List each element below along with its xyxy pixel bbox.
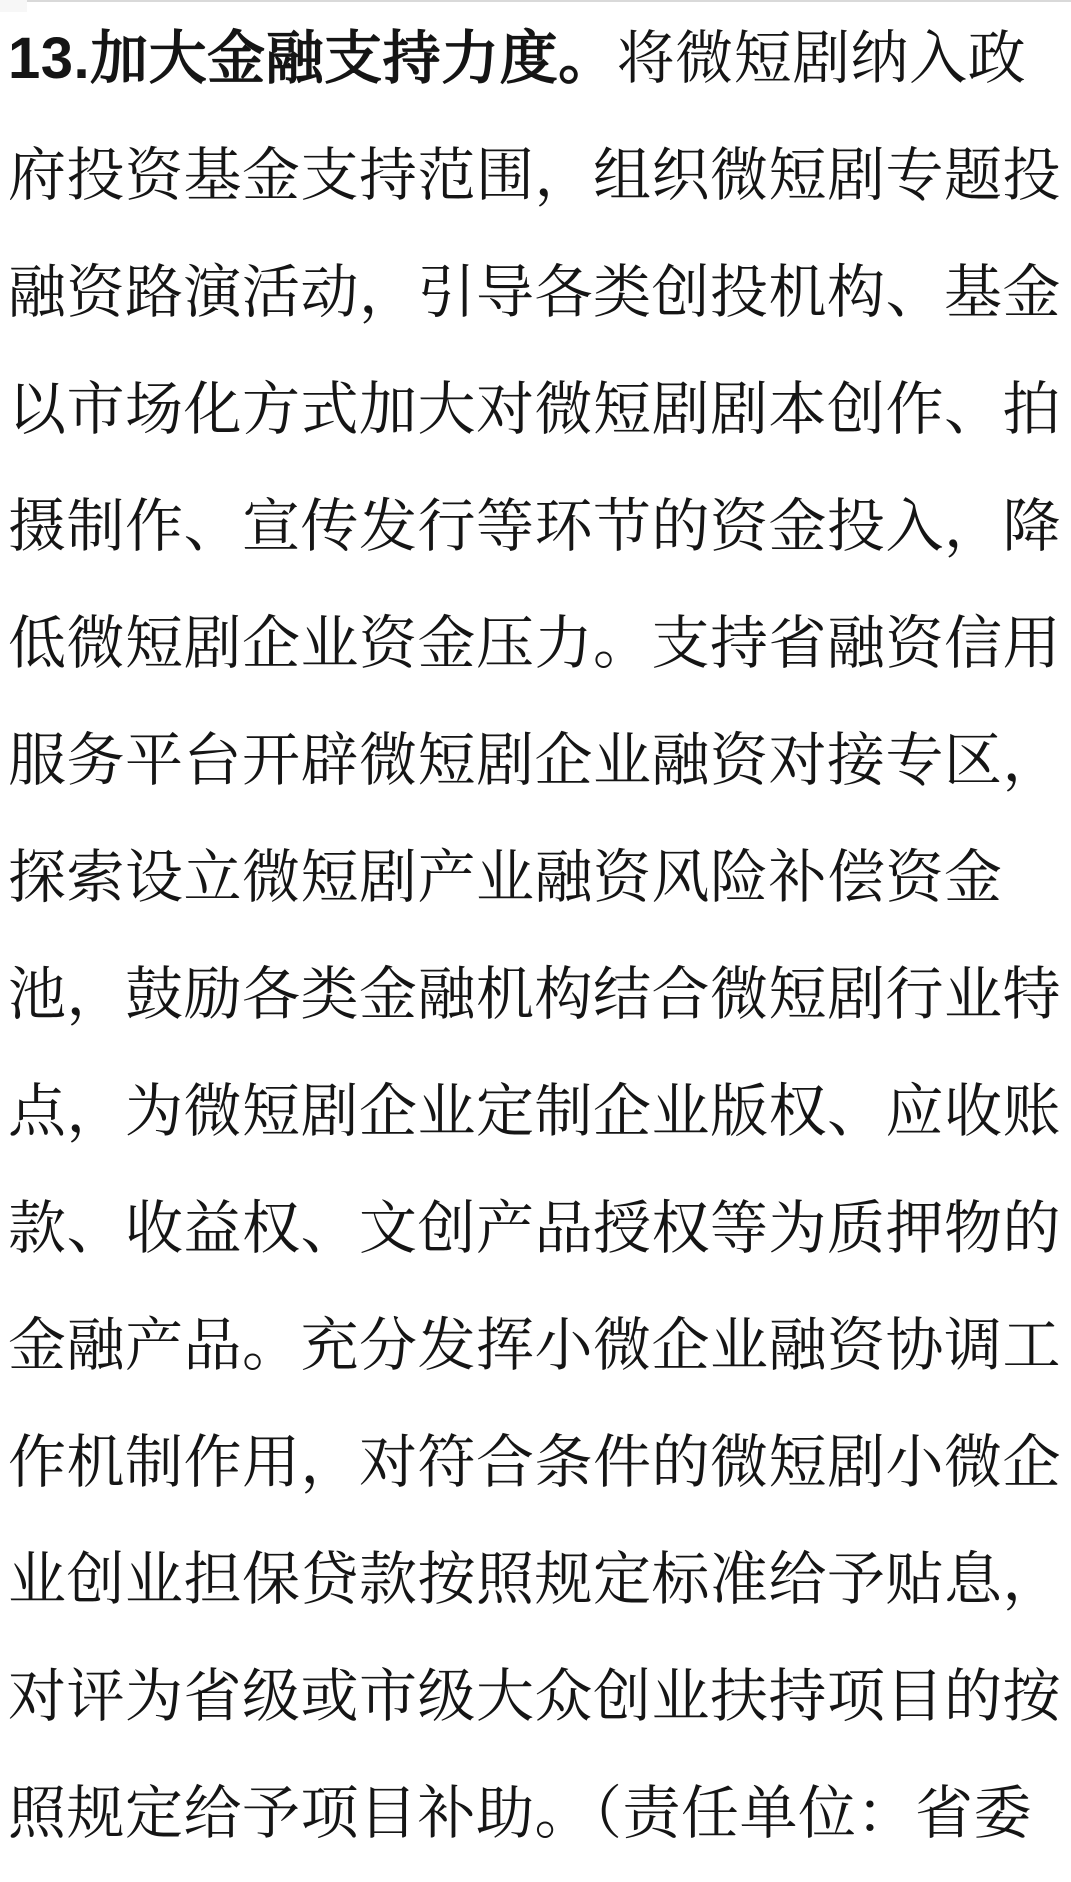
text-line-rest: 将微短剧纳入政 — [617, 26, 1027, 91]
text-line: 对评为省级或市级大众创业扶持项目的按 — [8, 1638, 1064, 1755]
text-line: 服务平台开辟微短剧企业融资对接专区， — [8, 702, 1064, 819]
section-heading: 13.加大金融支持力度。 — [8, 26, 617, 91]
text-line: 融资路演活动，引导各类创投机构、基金 — [8, 234, 1064, 351]
text-line: 以市场化方式加大对微短剧剧本创作、拍 — [8, 351, 1064, 468]
text-line: 池，鼓励各类金融机构结合微短剧行业特 — [8, 936, 1064, 1053]
text-line: 款、收益权、文创产品授权等为质押物的 — [8, 1170, 1064, 1287]
text-line: 业创业担保贷款按照规定标准给予贴息， — [8, 1521, 1064, 1638]
text-line: 府投资基金支持范围，组织微短剧专题投 — [8, 117, 1064, 234]
text-line: 照规定给予项目补助。（责任单位：省委 — [8, 1755, 1064, 1872]
text-line: 金融产品。充分发挥小微企业融资协调工 — [8, 1287, 1064, 1404]
text-line: 作机制作用，对符合条件的微短剧小微企 — [8, 1404, 1064, 1521]
text-line: 探索设立微短剧产业融资风险补偿资金 — [8, 819, 1064, 936]
text-line: 13.加大金融支持力度。将微短剧纳入政 — [8, 0, 1064, 117]
text-line: 摄制作、宣传发行等环节的资金投入，降 — [8, 468, 1064, 585]
text-line: 低微短剧企业资金压力。支持省融资信用 — [8, 585, 1064, 702]
text-line: 点，为微短剧企业定制企业版权、应收账 — [8, 1053, 1064, 1170]
document-page: 13.加大金融支持力度。将微短剧纳入政 府投资基金支持范围，组织微短剧专题投 融… — [0, 0, 1071, 1872]
